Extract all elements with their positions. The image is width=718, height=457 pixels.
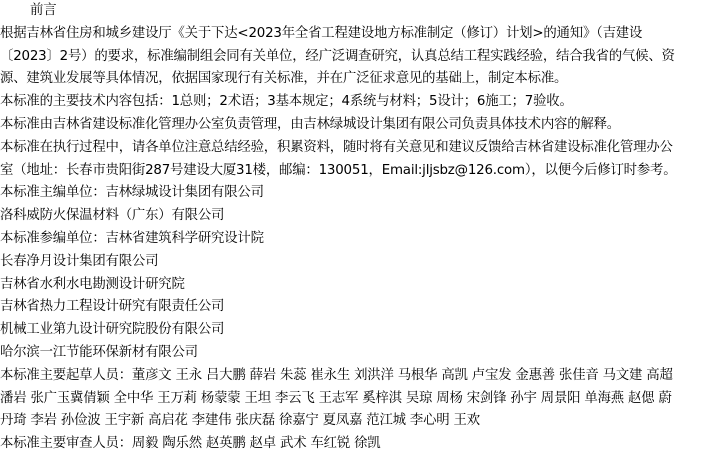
- participating-unit-3: 吉林省水利水电勘测设计研究院: [0, 274, 718, 297]
- document-body: 前言 根据吉林省住房和城乡建设厅《关于下达<2023年全省工程建设地方标准制定（…: [0, 0, 718, 456]
- feedback-line-1: 本标准在执行过程中，请各单位注意总结经验，积累资料，随时将有关意见和建议反馈给吉…: [0, 137, 718, 160]
- chief-editor-unit-2: 洛科威防火保温材料（广东）有限公司: [0, 205, 718, 228]
- drafters-line-1: 本标准主要起草人员：董彦文 王永 吕大鹏 薛岩 朱蕊 崔永生 刘洪洋 马根华 高…: [0, 365, 718, 388]
- document-title: 前言: [0, 0, 718, 23]
- reviewers-line: 本标准主要审查人员：周毅 陶乐然 赵英鹏 赵卓 武术 车红锐 徐凯: [0, 433, 718, 456]
- participating-unit-2: 长春净月设计集团有限公司: [0, 251, 718, 274]
- feedback-line-2: 室（地址：长春市贵阳街287号建设大厦31楼，邮编：130051，Email:j…: [0, 160, 718, 183]
- preface-paragraph-1-line-2: 〔2023〕2号）的要求，标准编制组会同有关单位，经广泛调查研究，认真总结工程实…: [0, 46, 718, 69]
- drafters-line-2: 潘岩 张广玉冀倩颖 全中华 王万莉 杨蒙蒙 王坦 李云飞 王志军 奚梓淇 吴琼 …: [0, 388, 718, 411]
- participating-unit-5: 机械工业第九设计研究院股份有限公司: [0, 319, 718, 342]
- technical-contents-line: 本标准的主要技术内容包括：1总则；2术语；3基本规定；4系统与材料；5设计；6施…: [0, 91, 718, 114]
- preface-paragraph-1-line-3: 源、建筑业发展等具体情况，依据国家现行有关标准，并在广泛征求意见的基础上，制定本…: [0, 68, 718, 91]
- participating-unit-1: 本标准参编单位：吉林省建筑科学研究设计院: [0, 228, 718, 251]
- participating-unit-4: 吉林省热力工程设计研究有限责任公司: [0, 296, 718, 319]
- preface-paragraph-1-line-1: 根据吉林省住房和城乡建设厅《关于下达<2023年全省工程建设地方标准制定（修订）…: [0, 23, 718, 46]
- participating-unit-6: 哈尔滨一江节能环保新材有限公司: [0, 342, 718, 365]
- chief-editor-unit: 本标准主编单位：吉林绿城设计集团有限公司: [0, 182, 718, 205]
- management-line: 本标准由吉林省建设标准化管理办公室负责管理，由吉林绿城设计集团有限公司负责具体技…: [0, 114, 718, 137]
- drafters-line-3: 丹琦 李岩 孙俭波 王宇新 高启花 李建伟 张庆磊 徐嘉宁 夏凤嘉 范江城 李心…: [0, 410, 718, 433]
